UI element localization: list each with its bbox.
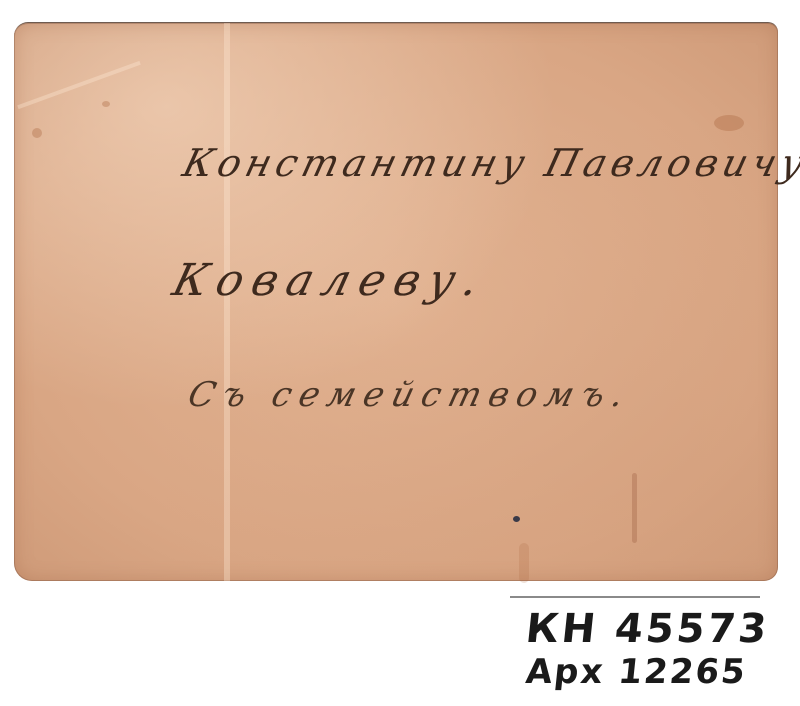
- handwritten-greeting: Съ семействомъ.: [184, 375, 636, 415]
- paper-stain: [519, 543, 529, 583]
- inventory-number: КН 45573: [524, 606, 772, 652]
- archive-number: Арх 12265: [524, 652, 749, 692]
- paper-stain: [32, 128, 42, 138]
- archive-label: КН 45573 Арх 12265: [510, 596, 760, 706]
- paper-stain: [102, 101, 110, 107]
- paper-stain: [714, 115, 744, 131]
- ink-spot: [513, 516, 520, 522]
- paper-crease: [17, 61, 141, 109]
- handwritten-recipient-surname: Ковалеву.: [168, 255, 493, 306]
- handwritten-recipient-name: Константину Павловичу.: [179, 141, 800, 185]
- paper-stain: [632, 473, 637, 543]
- postcard: Константину Павловичу. Ковалеву. Съ семе…: [14, 22, 778, 581]
